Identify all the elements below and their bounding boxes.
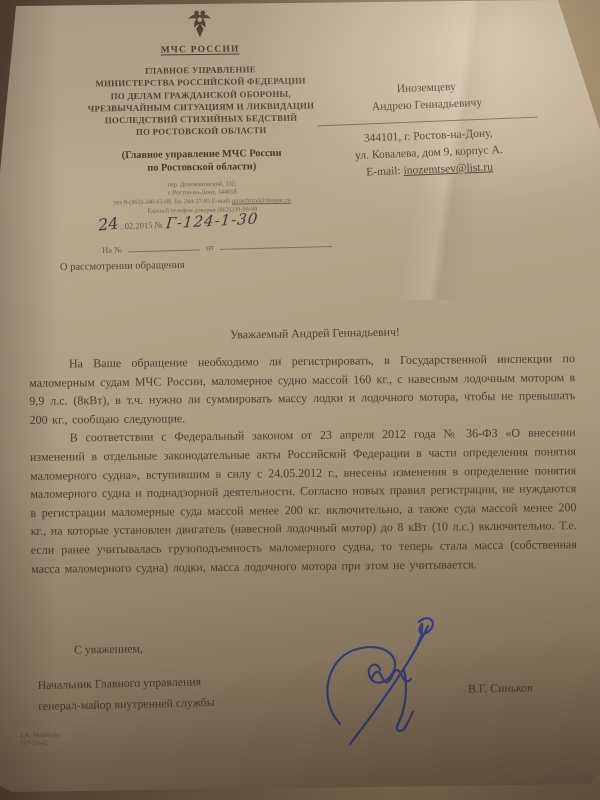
letterhead-block: МЧС РОССИИ ГЛАВНОЕ УПРАВЛЕНИЕ МИНИСТЕРСТ… xyxy=(54,4,349,217)
signer-position-line: генерал-майор внутренней службы xyxy=(38,692,215,717)
body-paragraph-1: На Ваше обращение необходимо ли регистри… xyxy=(29,349,576,429)
body-paragraph-2: В соответствии с Федеральный законом от … xyxy=(30,424,578,578)
photographed-letter: МЧС РОССИИ ГЛАВНОЕ УПРАВЛЕНИЕ МИНИСТЕРСТ… xyxy=(0,0,600,800)
letter-body: На Ваше обращение необходимо ли регистри… xyxy=(29,349,577,578)
org-name-block: ГЛАВНОЕ УПРАВЛЕНИЕ МИНИСТЕРСТВА РОССИЙСК… xyxy=(54,62,347,140)
signer-name: В.Г. Синьков xyxy=(468,680,533,696)
on-number-label: На № xyxy=(102,244,122,255)
contact-phone-text: тел 8-(863)-240-63-08, fax 244-27-85 E-m… xyxy=(114,198,233,207)
letter-paper: МЧС РОССИИ ГЛАВНОЕ УПРАВЛЕНИЕ МИНИСТЕРСТ… xyxy=(0,0,600,800)
printed-date: . 02.2015 № xyxy=(120,220,162,231)
regards-line: С уважением, xyxy=(74,641,143,657)
executor-block: Г.А. Медведев 217-52-42 xyxy=(20,732,60,750)
org-short-name-line: по Ростовской области) xyxy=(56,159,348,177)
mchs-emblem-icon xyxy=(187,6,213,38)
blank-line xyxy=(220,238,332,250)
subject-line: О рассмотрении обращения xyxy=(60,260,185,273)
executor-name: Г.А. Медведев xyxy=(20,732,60,741)
contact-email: gumchsrnd@donpac.ru xyxy=(232,197,291,205)
incoming-ref-line: На №от xyxy=(102,238,332,255)
handwritten-doc-number: Г-124-1-30 xyxy=(166,209,260,232)
blank-line xyxy=(128,241,200,252)
email-label: E-mail: xyxy=(366,165,404,178)
org-short-name-block: (Главное управление МЧС России по Ростов… xyxy=(56,146,348,177)
recipient-email: inozemtsev@list.ru xyxy=(403,161,493,177)
agency-name: МЧС РОССИИ xyxy=(54,43,346,57)
signature-icon xyxy=(316,612,446,752)
executor-phone: 217-52-42 xyxy=(20,740,60,749)
recipient-block: Иноземцеву Андрею Геннадьевичу 344101, г… xyxy=(318,76,538,184)
handwritten-date-day: 24 xyxy=(97,214,119,235)
from-label: от xyxy=(206,242,214,252)
salutation: Уважаемый Андрей Геннадьевич! xyxy=(150,323,480,344)
signer-position-block: Начальник Главного управления генерал-ма… xyxy=(38,671,215,717)
